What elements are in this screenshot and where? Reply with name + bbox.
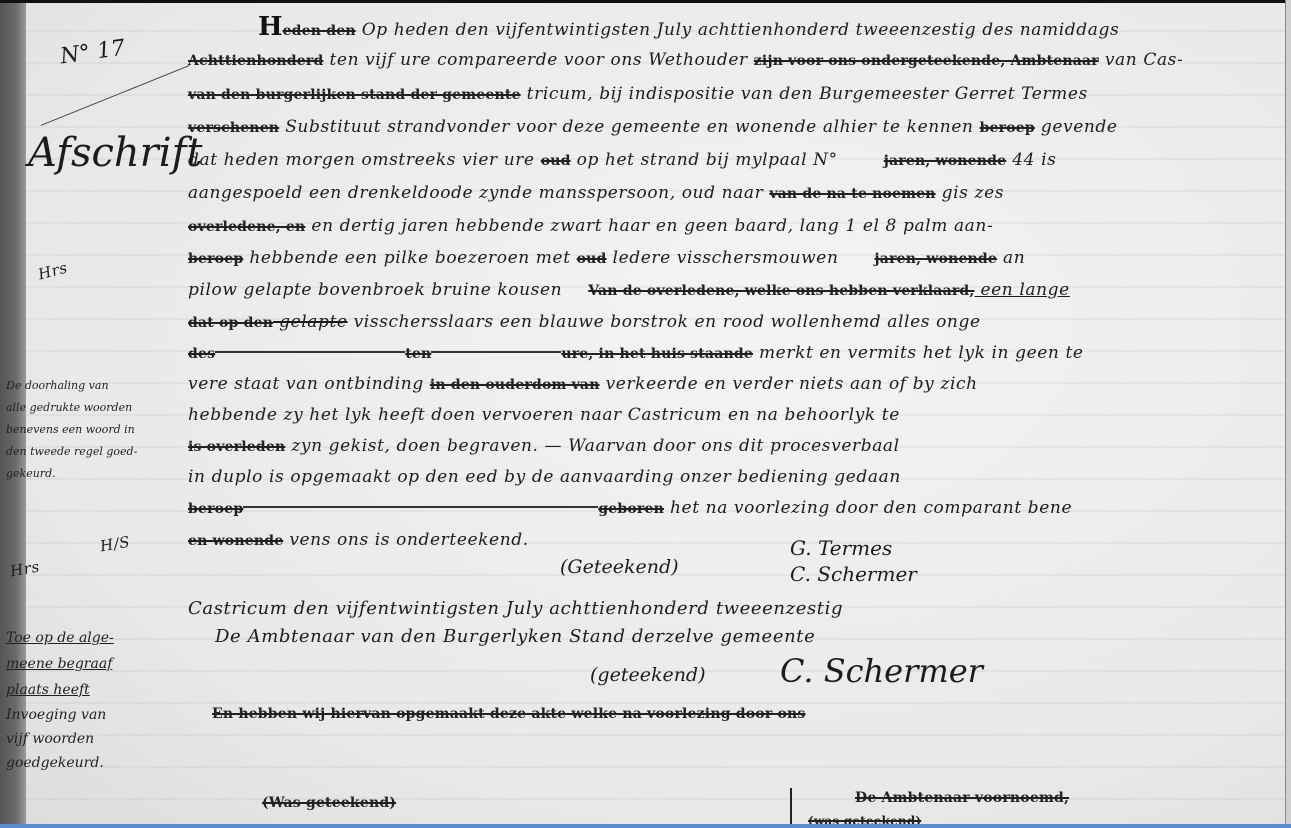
body-line-9: pilow gelapte bovenbroek bruine kousen V… <box>188 280 1070 300</box>
closing-official-title: De Ambtenaar van den Burgerlyken Stand d… <box>215 626 815 647</box>
body-line-6: aangespoeld een drenkeldoode zynde manss… <box>188 183 1004 203</box>
body-line-7: overledene, en en dertig jaren hebbende … <box>188 216 993 236</box>
margin-slash-line <box>41 65 190 126</box>
body-line-17: en wonende vens ons is onderteekend. <box>188 530 529 550</box>
right-border <box>1285 0 1291 828</box>
margin-note-insertion: Toe op de alge- meene begraaf plaats hee… <box>6 625 196 775</box>
body-line-5: dat heden morgen omstreeks vier ure oud … <box>188 150 1056 170</box>
body-line-11: destenure, in het huis staande merkt en … <box>188 343 1084 363</box>
margin-title-afschrift: Afschrift <box>28 130 202 176</box>
footer-ambtenaar-voornoemd: De Ambtenaar voornoemd, <box>855 790 1069 806</box>
record-number: N° 17 <box>59 36 127 70</box>
body-line-8: beroep hebbende een pilke boezeroen met … <box>188 248 1025 268</box>
body-line-4: verschenen Substituut strandvonder voor … <box>188 117 1118 137</box>
body-line-13: hebbende zy het lyk heeft doen vervoeren… <box>188 405 900 425</box>
margin-note-deletions: De doorhaling van alle gedrukte woorden … <box>6 375 176 485</box>
scanned-document-page: N° 17 Afschrift Hrs De doorhaling van al… <box>0 0 1291 828</box>
struck-footer-text: En hebben wij hiervan opgemaakt deze akt… <box>212 706 805 722</box>
top-border <box>0 0 1291 3</box>
margin-initials-top: Hrs <box>36 258 69 283</box>
final-signature-label: (geteekend) <box>590 664 706 686</box>
body-line-3: van den burgerlijken stand der gemeente … <box>188 84 1088 104</box>
body-line-16: beroepgeboren het na voorlezing door den… <box>188 498 1072 518</box>
body-line-12: vere staat van ontbinding in den ouderdo… <box>188 374 978 394</box>
signature-termes: G. Termes <box>790 536 892 560</box>
signature-schermer: C. Schermer <box>790 562 917 586</box>
body-line-2: Achttienhonderd ten vijf ure compareerde… <box>188 50 1183 70</box>
body-line-14: is overleden zyn gekist, doen begraven. … <box>188 436 900 456</box>
viewer-bottom-bar <box>0 824 1291 828</box>
margin-initials-1: Hrs <box>9 558 41 581</box>
margin-initials-2: H/S <box>99 533 132 556</box>
body-line-1: Heden den Op heden den vijfentwintigsten… <box>258 12 1119 42</box>
final-signature-name: C. Schermer <box>780 652 983 690</box>
closing-place-date: Castricum den vijfentwintigsten July ach… <box>188 598 843 619</box>
body-line-10: dat op den gelapte visschersslaars een b… <box>188 312 981 332</box>
footer-was-geteekend: (Was geteekend) <box>262 795 396 811</box>
footer-divider <box>790 788 792 828</box>
signatures-label: (Geteekend) <box>560 556 679 578</box>
body-line-15: in duplo is opgemaakt op den eed by de a… <box>188 467 901 487</box>
